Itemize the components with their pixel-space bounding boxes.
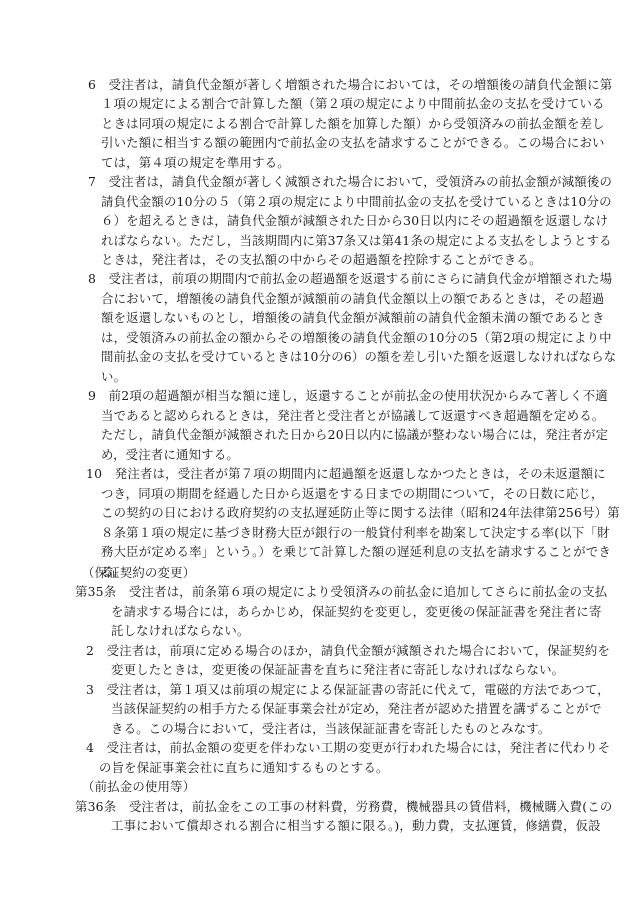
document-text-line: 変更したときは，変更後の保証証書を直ちに発注者に寄託しなければならない。 [111,660,564,679]
document-text-line: 託しなければならない。 [111,621,250,640]
document-text-line: 9 前2項の超過額が相当な額に達し，返還することが前払金の使用状況からみて著しく… [88,386,608,405]
document-text-line: 間前払金の支払を受けているときは10分の6）の額を差し引いた額を返還しなければな… [101,347,616,366]
document-text-line: 6 受注者は，請負代金額が著しく増額された場合においては，その増額後の請負代金額… [88,75,612,94]
document-text-line: 当であると認められるときは，発注者と受注者とが協議して返還すべき超過額を定める。 [101,406,604,425]
document-text-line: の旨を保証事業会社に直ちに通知するものとする。 [99,758,389,777]
document-text-line: １項の規定による割合で計算した額（第２項の規定により中間前払金の支払を受けている [101,94,605,113]
document-text-line: 3 受注者は，第１項又は前項の規定による保証証書の寄託に代えて，電磁的方法であつ… [86,680,610,699]
document-text-line: 務大臣が定める率」という。）を乗じて計算した額の遅延利息の支払を請求することがで… [101,542,611,561]
document-text-line: 7 受注者は，請負代金額が著しく減額された場合において，受領済みの前払金額が減額… [88,172,612,191]
document-text-line: め，受注者に通知する。 [101,445,239,464]
document-text-line: は，受領済みの前払金の額からその増額後の請負代金額の10分の5（第2項の規定によ… [101,328,612,347]
document-text-line: い。 [101,367,126,386]
document-text-line: （前払金の使用等） [82,777,195,796]
document-text-line: （保証契約の変更） [82,563,195,582]
document-text-line: ただし，請負代金額が減額された日から20日以内に協議が整わない場合には，発注者が… [101,425,608,444]
document-text-line: 額を返還しないものとし，増額後の請負代金額が減額前の請負代金額未満の額であるとき [101,308,605,327]
document-text-line: ればならない。ただし，当該期間内に第37条又は第41条の規定による支払をしようと… [101,231,612,250]
document-text-line: 当該保証契約の相手方たる保証事業会社が定め，発注者が認めた措置を講ずることがで [111,699,602,718]
document-text-line: 4 受注者は，前払金額の変更を伴わない工期の変更が行われた場合には，発注者に代わ… [86,738,610,757]
document-text-line: 請負代金額の10分の５（第２項の規定により中間前払金の支払を受けているときは10… [101,192,612,211]
document-text-line: 引いた額に相当する額の範囲内で前払金の支払を請求することができる。この場合におい [101,133,605,152]
document-text-line: を請求する場合には，あらかじめ，保証契約を変更し，変更後の保証証書を発注者に寄 [111,602,602,621]
document-text-line: 10 発注者は，受注者が第７項の期間内に超過額を返還しなかつたときは，その未返還… [86,464,606,483]
document-text-line: 合において，増額後の請負代金額が減額前の請負代金額以上の額であるときは，その超過 [101,289,604,308]
document-text-line: ８条第１項の規定に基づき財務大臣が銀行の一般貸付利率を勘案して決定する率(以下「… [101,523,610,542]
document-text-line: ６）を超えるときは，請負代金額が減額された日から30日以内にその超過額を返還しな… [101,211,608,230]
document-text-line: つき，同項の期間を経過した日から返還をする日までの期間について，その日数に応じ， [101,484,604,503]
document-page: 6 受注者は，請負代金額が著しく増額された場合においては，その増額後の請負代金額… [0,0,630,903]
document-text-line: ては，第４項の規定を準用する。 [101,153,290,172]
document-text-line: 第35条 受注者は，前条第６項の規定により受領済みの前払金に追加してさらに前払金… [75,582,607,601]
document-text-line: ときは，発注者は，その支払額の中からその超過額を控除することができる。 [101,250,542,269]
document-text-line: 工事において償却される割合に相当する額に限る。)，動力費，支払運賃，修繕費，仮設 [111,816,601,835]
document-text-line: この契約の日における政府契約の支払遅延防止等に関する法律（昭和24年法律第256… [101,503,620,522]
document-text-line: 8 受注者は，前項の期間内で前払金の超過額を返還する前にさらに請負代金が増額され… [88,269,612,288]
document-text-line: ときは同項の規定による割合で計算した額を加算した額）から受領済みの前払金額を差し [101,114,605,133]
document-text-line: 2 受注者は，前項に定める場合のほか，請負代金額が減額された場合において，保証契… [86,641,610,660]
document-text-line: 第36条 受注者は，前払金をこの工事の材料費，労務費，機械器具の賃借料，機械購入… [75,797,612,816]
document-text-line: きる。この場合において，受注者は，当該保証証書を寄託したものとみなす。 [111,719,550,738]
